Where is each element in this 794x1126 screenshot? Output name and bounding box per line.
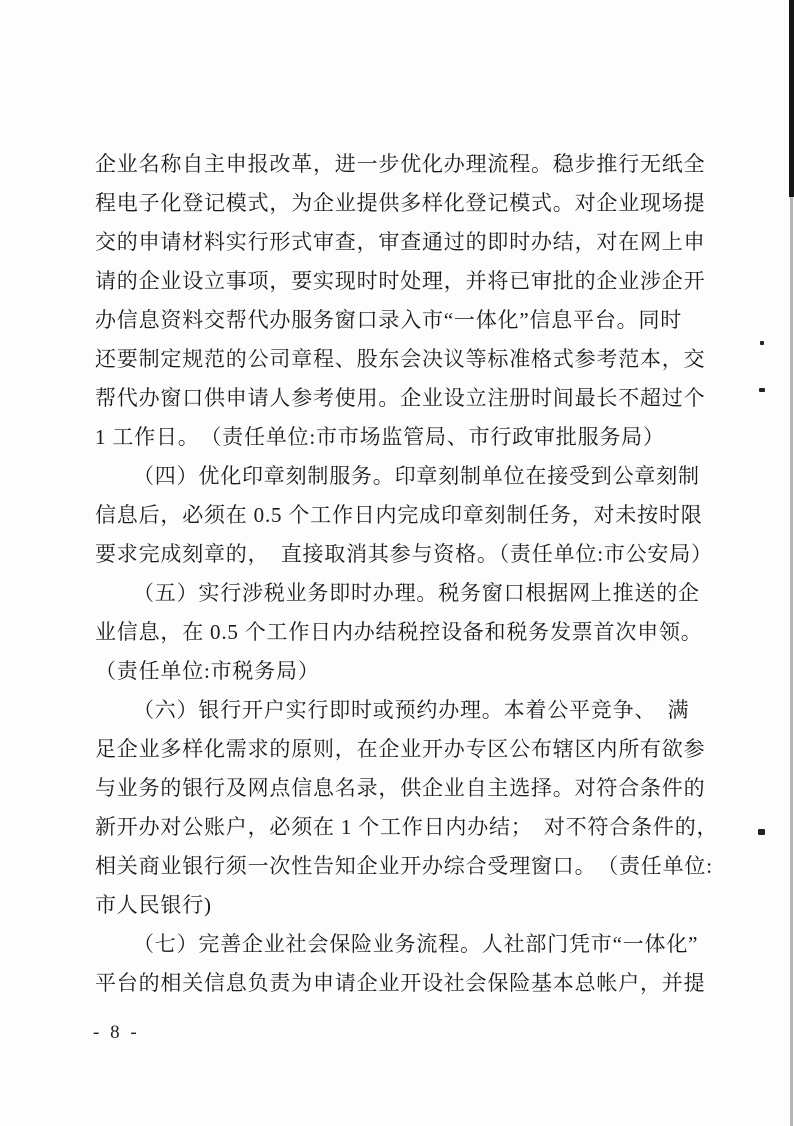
text-line: 信息后，必须在 0.5 个工作日内完成印章刻制任务，对未按时限 <box>95 496 715 535</box>
text-line: 企业名称自主申报改革，进一步优化办理流程。稳步推行无纸全 <box>95 145 715 184</box>
text-line: 业信息，在 0.5 个工作日内办结税控设备和税务发票首次申领。 <box>95 613 715 652</box>
text-line: 帮代办窗口供申请人参考使用。企业设立注册时间最长不超过个 <box>95 379 715 418</box>
text-line: （七）完善企业社会保险业务流程。人社部门凭市“一体化” <box>95 925 715 964</box>
text-line: 程电子化登记模式，为企业提供多样化登记模式。对企业现场提 <box>95 184 715 223</box>
ink-speck <box>759 388 765 392</box>
text-line: （五）实行涉税业务即时办理。税务窗口根据网上推送的企 <box>95 574 715 613</box>
text-line: （责任单位:市税务局） <box>95 652 715 691</box>
text-line: 1 工作日。 （责任单位:市市场监管局、市行政审批服务局） <box>95 418 715 457</box>
text-line: （六）银行开户实行即时或预约办理。本着公平竞争、 满 <box>95 691 715 730</box>
text-block: 企业名称自主申报改革，进一步优化办理流程。稳步推行无纸全 程电子化登记模式，为企… <box>95 145 715 1003</box>
page-number: - 8 - <box>93 1022 140 1044</box>
text-line: 要求完成刻章的， 直接取消其参与资格。（责任单位:市公安局） <box>95 535 715 574</box>
scan-edge-light-strip <box>790 197 793 1126</box>
text-line: 相关商业银行须一次性告知企业开办综合受理窗口。 （责任单位: <box>95 847 715 886</box>
text-line: 足企业多样化需求的原则，在企业开办专区公布辖区内所有欲参 <box>95 730 715 769</box>
ink-speck <box>758 829 765 835</box>
text-line: 与业务的银行及网点信息名录，供企业自主选择。对符合条件的 <box>95 769 715 808</box>
text-line: 办信息资料交帮代办服务窗口录入市“一体化”信息平台。同时 <box>95 301 715 340</box>
text-line: 还要制定规范的公司章程、股东会决议等标准格式参考范本，交 <box>95 340 715 379</box>
scan-edge-dark-strip <box>789 0 794 197</box>
text-line: 平台的相关信息负责为申请企业开设社会保险基本总帐户，并提 <box>95 964 715 1003</box>
document-page: 企业名称自主申报改革，进一步优化办理流程。稳步推行无纸全 程电子化登记模式，为企… <box>0 0 794 1126</box>
ink-speck <box>760 341 764 345</box>
text-line: 请的企业设立事项，要实现时时处理，并将已审批的企业涉企开 <box>95 262 715 301</box>
text-line: （四）优化印章刻制服务。印章刻制单位在接受到公章刻制 <box>95 457 715 496</box>
text-line: 交的申请材料实行形式审查，审查通过的即时办结，对在网上申 <box>95 223 715 262</box>
text-line: 新开办对公账户，必须在 1 个工作日内办结； 对不符合条件的， <box>95 808 715 847</box>
text-line: 市人民银行) <box>95 886 715 925</box>
